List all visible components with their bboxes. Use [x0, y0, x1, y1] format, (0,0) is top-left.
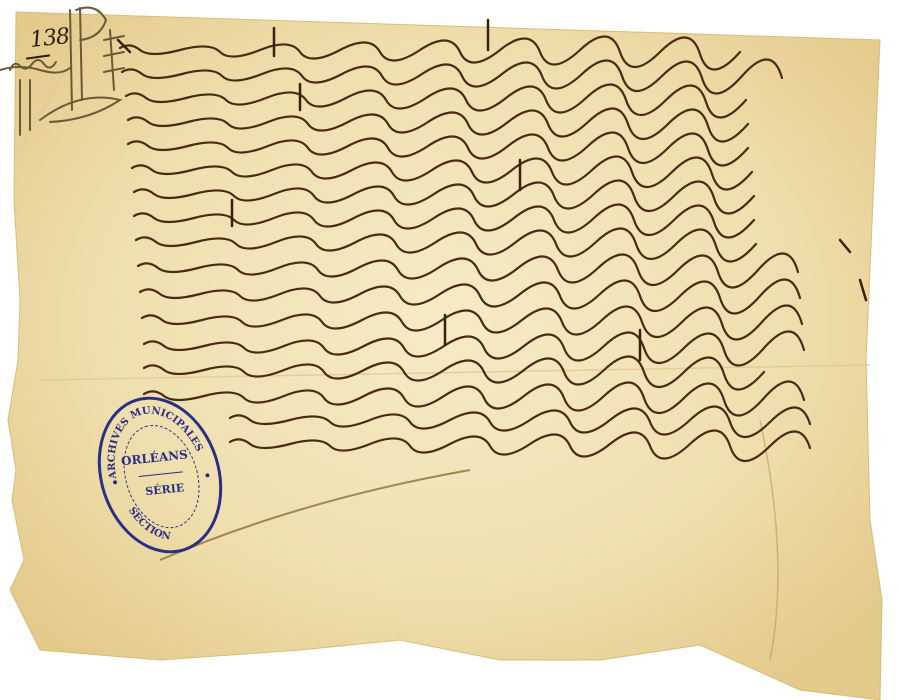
- signature: [0, 0, 150, 140]
- parchment-sheet: 138: [0, 0, 900, 700]
